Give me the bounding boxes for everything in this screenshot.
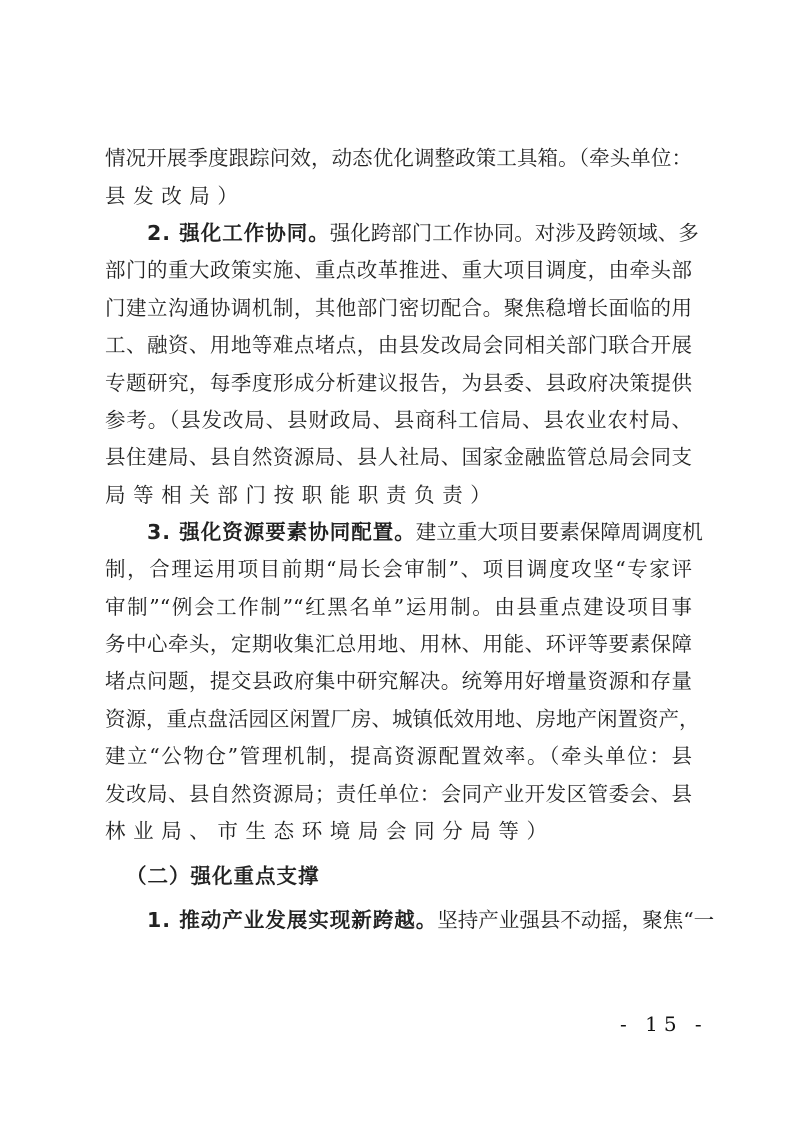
line-text: 堵点问题，提交县政府集中研究解决。统筹用好增量资源和存量 — [105, 669, 692, 693]
paragraph-line: 资源，重点盘活园区闲置厂房、城镇低效用地、房地产闲置资产， — [105, 704, 692, 734]
line-text: 资源，重点盘活园区闲置厂房、城镇低效用地、房地产闲置资产， — [105, 707, 700, 731]
paragraph-line: 建立“公物仓”管理机制，提高资源配置效率。（牵头单位：县 — [105, 741, 692, 771]
line-text: 部门的重大政策实施、重点改革推进、重大项目调度，由牵头部 — [105, 258, 692, 282]
paragraph-line: 部门的重大政策实施、重点改革推进、重大项目调度，由牵头部 — [105, 255, 692, 285]
page-number: - 15 - — [620, 1012, 708, 1036]
line-text: 情况开展季度跟踪问效，动态优化调整政策工具箱。（牵头单位： — [105, 146, 692, 170]
line-text: 专题研究，每季度形成分析建议报告，为县委、县政府决策提供 — [105, 371, 692, 395]
paragraph-line: 县发改局） — [105, 181, 692, 211]
paragraph-line: 参考。（县发改局、县财政局、县商科工信局、县农业农村局、 — [105, 405, 692, 435]
line-text: 门建立沟通协调机制，其他部门密切配合。聚焦稳增长面临的用 — [105, 296, 692, 320]
paragraph-line: 专题研究，每季度形成分析建议报告，为县委、县政府决策提供 — [105, 368, 692, 398]
line-text: 建立“公物仓”管理机制，提高资源配置效率。（牵头单位：县 — [105, 744, 692, 768]
line-text: 局等相关部门按职能职责负责） — [105, 483, 498, 507]
paragraph-line: 林业局、市生态环境局会同分局等） — [105, 816, 692, 846]
paragraph-line: 1. 推动产业发展实现新跨越。坚持产业强县不动摇，聚焦“一 — [147, 905, 692, 935]
paragraph-line: 门建立沟通协调机制，其他部门密切配合。聚焦稳增长面临的用 — [105, 293, 692, 323]
line-text: 坚持产业强县不动摇，聚焦“一 — [437, 908, 714, 932]
paragraph-line: 县住建局、县自然资源局、县人社局、国家金融监管总局会同支 — [105, 442, 692, 472]
line-text: 县住建局、县自然资源局、县人社局、国家金融监管总局会同支 — [105, 445, 692, 469]
line-text: 县发改局） — [105, 184, 246, 208]
line-text: 参考。（县发改局、县财政局、县商科工信局、县农业农村局、 — [105, 408, 692, 432]
paragraph-line: 2. 强化工作协同。强化跨部门工作协同。对涉及跨领域、多 — [147, 218, 692, 248]
paragraph-line: 堵点问题，提交县政府集中研究解决。统筹用好增量资源和存量 — [105, 666, 692, 696]
line-text: 建立重大项目要素保障周调度机 — [416, 520, 703, 544]
line-text: 务中心牵头，定期收集汇总用地、用林、用能、环评等要素保障 — [105, 632, 692, 656]
item-heading: 1. 推动产业发展实现新跨越。 — [147, 908, 437, 932]
paragraph-line: 局等相关部门按职能职责负责） — [105, 480, 692, 510]
section-heading-text: （二）强化重点支撑 — [126, 864, 320, 888]
paragraph-line: 工、融资、用地等难点堵点，由县发改局会同相关部门联合开展 — [105, 330, 692, 360]
paragraph-line: 3. 强化资源要素协同配置。建立重大项目要素保障周调度机 — [147, 517, 692, 547]
item-heading: 2. 强化工作协同。 — [147, 221, 330, 245]
paragraph-line: 制，合理运用项目前期“局长会审制”、项目调度攻坚“专家评 — [105, 554, 692, 584]
document-page: 情况开展季度跟踪问效，动态优化调整政策工具箱。（牵头单位： 县发改局） 2. 强… — [0, 0, 793, 1122]
line-text: 发改局、县自然资源局；责任单位：会同产业开发区管委会、县 — [105, 782, 692, 806]
paragraph-line: 务中心牵头，定期收集汇总用地、用林、用能、环评等要素保障 — [105, 629, 692, 659]
line-text: 林业局、市生态环境局会同分局等） — [105, 819, 555, 843]
line-text: 制，合理运用项目前期“局长会审制”、项目调度攻坚“专家评 — [105, 557, 692, 581]
line-text: 强化跨部门工作协同。对涉及跨领域、多 — [330, 221, 699, 245]
paragraph-line: 发改局、县自然资源局；责任单位：会同产业开发区管委会、县 — [105, 779, 692, 809]
paragraph-line: 情况开展季度跟踪问效，动态优化调整政策工具箱。（牵头单位： — [105, 143, 692, 173]
line-text: 工、融资、用地等难点堵点，由县发改局会同相关部门联合开展 — [105, 333, 692, 357]
line-text: 审制”“例会工作制”“红黑名单”运用制。由县重点建设项目事 — [105, 595, 692, 619]
item-heading: 3. 强化资源要素协同配置。 — [147, 520, 416, 544]
paragraph-line: 审制”“例会工作制”“红黑名单”运用制。由县重点建设项目事 — [105, 592, 692, 622]
section-heading: （二）强化重点支撑 — [126, 861, 320, 891]
